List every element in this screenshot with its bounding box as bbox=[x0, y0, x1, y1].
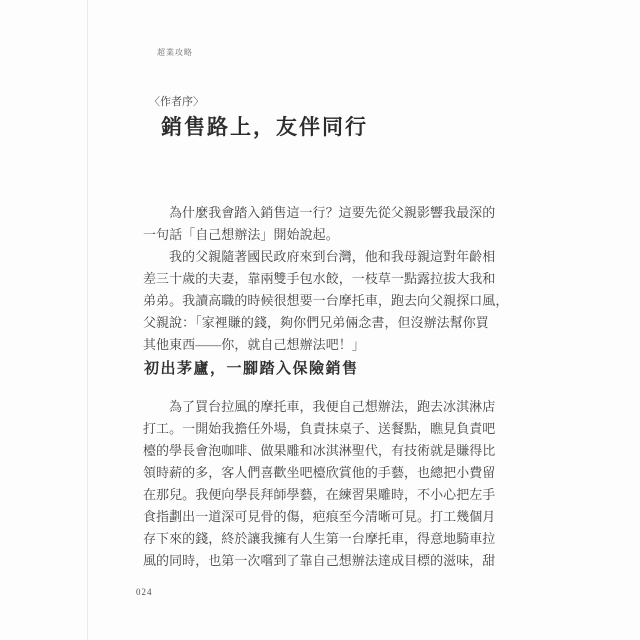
body-text-line: 風的同時，也第一次嚐到了靠自己想辦法達成目標的滋味，甜 bbox=[143, 550, 501, 572]
body-text-line: 食指劃出一道深可見骨的傷，疤痕至今清晰可見。打工幾個月 bbox=[143, 506, 501, 528]
page-edge-line bbox=[87, 0, 88, 640]
body-text-line: 檯的學長會泡咖啡、做果雕和冰淇淋聖代，有技術就是賺得比 bbox=[143, 440, 501, 462]
running-header: 超業攻略 bbox=[157, 48, 193, 58]
body-text-line: 其他東西——你，就自己想辦法吧！」 bbox=[143, 334, 501, 356]
paragraph-2: 為了買台拉風的摩托車，我便自己想辦法，跑去冰淇淋店 打工。一開始我擔任外場，負責… bbox=[143, 396, 501, 572]
body-text-line: 打工。一開始我擔任外場，負責抹桌子、送餐點，瞧見負責吧 bbox=[143, 418, 501, 440]
book-page: 超業攻略 〈作者序〉 銷售路上，友伴同行 為什麼我會踏入銷售這一行？這要先從父親… bbox=[0, 0, 640, 640]
body-text-line: 我的父親隨著國民政府來到台灣，他和我母親這對年齡相 bbox=[143, 246, 501, 268]
body-text-line: 為了買台拉風的摩托車，我便自己想辦法，跑去冰淇淋店 bbox=[143, 396, 501, 418]
preface-label: 〈作者序〉 bbox=[149, 95, 204, 109]
section-heading: 初出茅廬，一腳踏入保險銷售 bbox=[144, 360, 359, 379]
body-text-line: 領時薪的多，客人們喜歡坐吧檯欣賞他的手藝，也總把小費留 bbox=[143, 462, 501, 484]
body-text-line: 存下來的錢，終於讓我擁有人生第一台摩托車，得意地騎車拉 bbox=[143, 528, 501, 550]
body-text-line: 弟弟。我讀高職的時候很想要一台摩托車，跑去向父親探口風， bbox=[143, 290, 501, 312]
chapter-title: 銷售路上，友伴同行 bbox=[161, 114, 368, 141]
body-text-line: 為什麼我會踏入銷售這一行？這要先從父親影響我最深的 bbox=[143, 202, 501, 224]
body-text-line: 在那兒。我便向學長拜師學藝，在練習果雕時，不小心把左手 bbox=[143, 484, 501, 506]
paragraph-1: 為什麼我會踏入銷售這一行？這要先從父親影響我最深的 一句話「自己想辦法」開始說起… bbox=[143, 202, 501, 356]
body-text-line: 父親說：「家裡賺的錢，夠你們兄弟倆念書，但沒辦法幫你買 bbox=[143, 312, 501, 334]
body-text-line: 一句話「自己想辦法」開始說起。 bbox=[143, 224, 501, 246]
body-text-line: 差三十歲的夫妻，靠兩雙手包水餃，一枝草一點露拉拔大我和 bbox=[143, 268, 501, 290]
page-number: 024 bbox=[136, 587, 153, 598]
